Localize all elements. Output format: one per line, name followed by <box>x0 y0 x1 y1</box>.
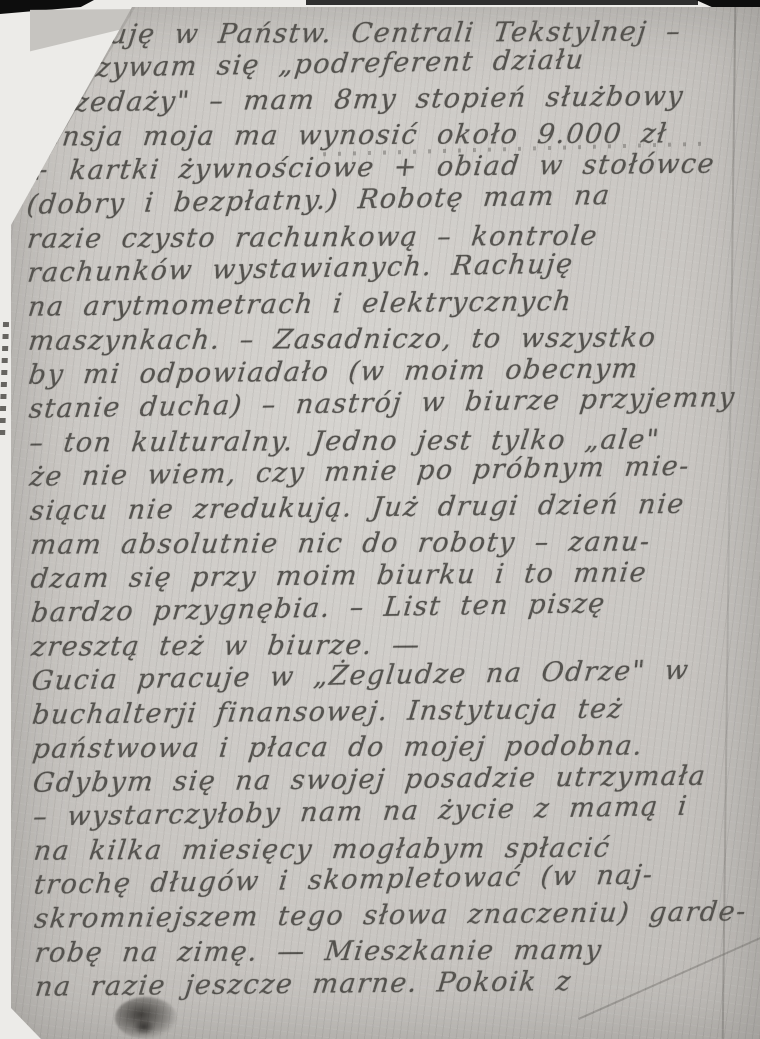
scanned-letter: Pracuję w Państw. Centrali Tekstylnej – … <box>0 0 760 1039</box>
margin-bleed-marks <box>0 322 9 440</box>
letter-line: siącu nie zredukują. Już drugi dzień nie <box>28 487 746 529</box>
scan-edge-top-middle <box>306 0 698 5</box>
letter-page: Pracuję w Państw. Centrali Tekstylnej – … <box>11 7 760 1039</box>
letter-line: sprzedaży" – mam 8my stopień służbowy <box>24 79 742 121</box>
letter-line: skromniejszem tego słowa znaczeniu) gard… <box>32 895 750 937</box>
ink-blot <box>115 997 177 1039</box>
letter-line: na arytmometrach i elektrycznych <box>26 283 744 325</box>
letter-line: buchalterji finansowej. Instytucja też <box>30 691 748 733</box>
letter-body: Pracuję w Państw. Centrali Tekstylnej – … <box>23 11 747 1004</box>
